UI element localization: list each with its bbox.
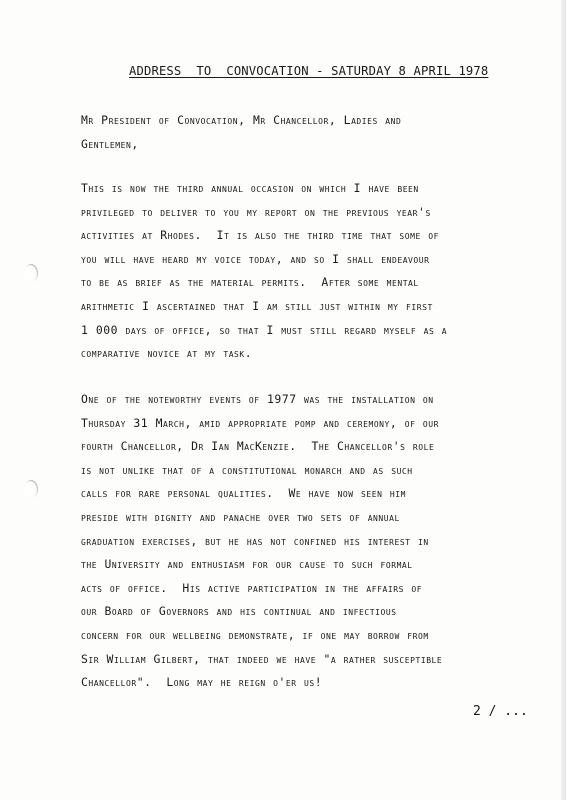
paragraph-2-line: One of the noteworthy events of 1977 was…	[81, 392, 434, 406]
paragraph-1-line: This is now the third annual occasion on…	[81, 181, 419, 195]
paragraph-1-line: arithmetic I ascertained that I am still…	[81, 299, 433, 313]
page-edge	[561, 0, 566, 800]
paragraph-1-line: activities at Rhodes. It is also the thi…	[81, 228, 439, 242]
document-page: ADDRESS TO CONVOCATION - SATURDAY 8 APRI…	[0, 0, 566, 800]
paragraph-2-line: Thursday 31 March, amid appropriate pomp…	[81, 416, 439, 430]
paragraph-2-line: Chancellor". Long may he reign o'er us!	[81, 675, 322, 689]
paragraph-2-line: is not unlike that of a constitutional m…	[81, 463, 413, 477]
paragraph-1-line: privileged to deliver to you my report o…	[81, 205, 431, 219]
paragraph-2-line: preside with dignity and panache over tw…	[81, 510, 400, 524]
salutation-line: Gentlemen,	[81, 137, 139, 151]
document-title: ADDRESS TO CONVOCATION - SATURDAY 8 APRI…	[129, 64, 488, 78]
paragraph-2-line: graduation exercises, but he has not con…	[81, 534, 429, 548]
paragraph-1-line: 1 000 days of office, so that I must sti…	[81, 323, 447, 337]
paragraph-1-line: you will have heard my voice today, and …	[81, 252, 430, 266]
paragraph-2-line: acts of office. His active participation…	[81, 581, 422, 595]
paragraph-2-line: the University and enthusiasm for our ca…	[81, 557, 413, 571]
salutation-line: Mr President of Convocation, Mr Chancell…	[81, 113, 401, 127]
paragraph-1-line: comparative novice at my task.	[81, 346, 252, 360]
paragraph-2-line: Sir William Gilbert, that indeed we have…	[81, 652, 442, 666]
paragraph-2-line: concern for our wellbeing demonstrate, i…	[81, 628, 429, 642]
paragraph-1-line: to be as brief as the material permits. …	[81, 275, 419, 289]
page-marker: 2 / ...	[473, 704, 528, 719]
paragraph-2-line: our Board of Governors and his continual…	[81, 604, 397, 618]
paragraph-2-line: calls for rare personal qualities. We ha…	[81, 486, 406, 500]
paragraph-2-line: fourth Chancellor, Dr Ian MacKenzie. The…	[81, 439, 434, 453]
punch-hole-icon	[24, 480, 38, 498]
punch-hole-icon	[24, 264, 38, 282]
